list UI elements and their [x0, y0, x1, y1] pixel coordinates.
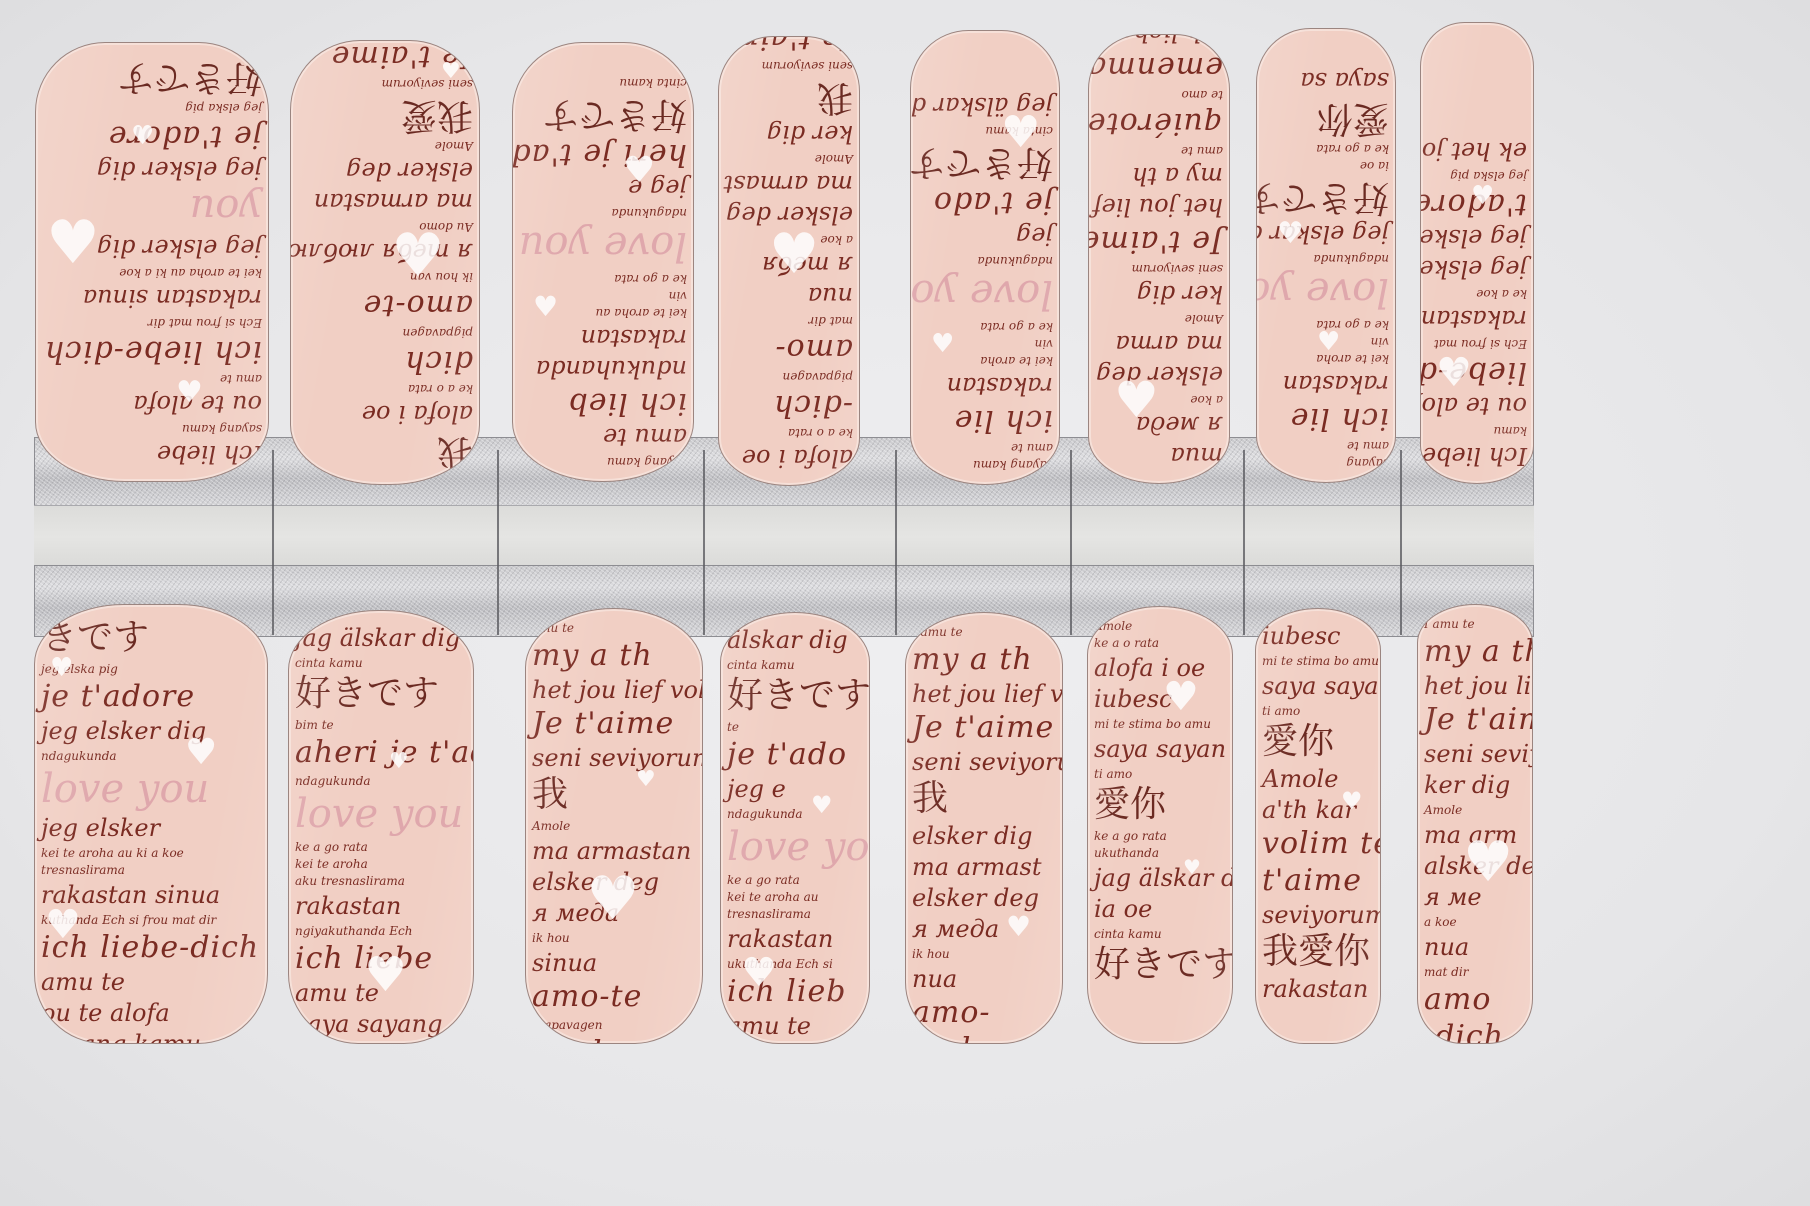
heart-icon: ♥: [131, 123, 154, 149]
script-text: ia oe: [1094, 897, 1226, 921]
nail-text-pattern: sayang kamu amu te ich lieb ndukuhanda r…: [513, 43, 693, 481]
script-text: sayang kamu: [41, 1032, 261, 1044]
script-text: saya sayan: [1094, 737, 1226, 761]
script-text: saya sayang: [295, 1012, 467, 1036]
script-text: saya sa: [1263, 69, 1389, 93]
script-text: kei te aroha au: [727, 891, 863, 903]
nail-text-pattern: I amu te my a th het jou lief Je t'aime …: [1418, 605, 1532, 1043]
heart-icon: ♥: [1277, 219, 1304, 249]
script-text: ndagukunda: [41, 750, 261, 762]
cjk-text: 我: [532, 777, 696, 813]
script-text: volim te: [1262, 829, 1374, 859]
script-text: Je t'aime: [1424, 705, 1526, 735]
script-text: sinua: [532, 951, 696, 975]
segment-divider: [1400, 450, 1402, 635]
script-text: het jou lief volim: [912, 682, 1056, 706]
script-text: rakastan: [519, 326, 687, 350]
script-text: seni seviyorum: [912, 750, 1056, 774]
cjk-text: 愛你: [1094, 787, 1226, 823]
script-text: ndagukunda: [917, 255, 1053, 267]
cjk-text: 好きです: [295, 676, 467, 712]
script-text: ndukuhanda: [519, 357, 687, 381]
script-text: amu te: [1263, 440, 1389, 452]
heart-icon: ♥: [1471, 183, 1494, 209]
script-text: sayang kamu: [917, 459, 1053, 471]
script-text: alofa i oe: [1094, 656, 1226, 680]
script-text: my a th: [912, 645, 1056, 675]
heart-icon: ♥: [586, 869, 640, 929]
script-text: ma arma: [1095, 332, 1223, 356]
heart-icon: ♥: [185, 735, 217, 771]
script-text: cinta kamu: [519, 77, 687, 89]
nail-wrap-bottom-6: Amole ke a o rata alofa i oe iubesc mi t…: [1087, 606, 1233, 1044]
script-text: my a th: [1424, 637, 1526, 667]
script-text: seni seviyorum: [725, 60, 853, 72]
script-text: ke a o rata: [297, 383, 473, 395]
script-text: elsker dig: [912, 824, 1056, 848]
script-text: -dich: [1424, 1022, 1526, 1044]
script-text: nua: [1424, 935, 1526, 959]
script-text: nua: [912, 967, 1056, 991]
script-text: sayang kamu: [42, 423, 262, 435]
script-text: ndagukunda: [727, 808, 863, 820]
heart-icon: ♥: [45, 905, 81, 945]
script-text: rakastan sinua: [1427, 307, 1527, 331]
script-text: seni seviyorum: [532, 746, 696, 770]
heart-icon: ♥: [46, 213, 100, 273]
script-text: ia oe: [1263, 160, 1389, 172]
script-text: jeg elsker dig: [42, 158, 262, 182]
script-text: je t'adore: [41, 682, 261, 712]
script-text: pigpavagen: [725, 371, 853, 383]
script-text: amu te: [519, 425, 687, 449]
script-text: mi te stima bo amu: [1094, 718, 1226, 730]
script-text: dich: [912, 1035, 1056, 1044]
heart-icon: ♥: [1317, 329, 1340, 355]
script-text: het jou lief volim: [1095, 195, 1223, 219]
heart-icon: ♥: [441, 61, 461, 83]
heart-icon: ♥: [389, 751, 409, 773]
nail-text-pattern: I amu te my a th het jou lief volim Je t…: [906, 613, 1062, 1043]
nail-wrap-top-6: mua я меда a koe elsker deg ma arma Amol…: [1088, 34, 1230, 484]
nail-wrap-bottom-7: iubesc mi te stima bo amu saya sayang ti…: [1255, 608, 1381, 1044]
script-text: ndagukunda: [295, 775, 467, 787]
script-text: amu te: [42, 373, 262, 385]
nail-wrap-top-4: alofa i oe ke a o rata -dich pigpavagen …: [718, 36, 860, 486]
script-text: ke a o rata: [725, 427, 853, 439]
script-text: rakastan: [727, 927, 863, 951]
script-text: het jou lief: [1424, 674, 1526, 698]
script-text: jeg: [917, 224, 1053, 248]
script-text: я тебя люблю: [297, 240, 473, 264]
script-text: seni seviyorum: [1424, 742, 1526, 766]
script-text: Amole: [532, 820, 696, 832]
nail-wrap-bottom-4: älskar dig cinta kamu 好きです te je t'ado j…: [720, 612, 870, 1044]
script-text: emenmadeo: [1095, 52, 1223, 82]
script-text: saya sayang: [1262, 674, 1374, 698]
nail-wrap-bottom-5: I amu te my a th het jou lief volim Je t…: [905, 612, 1063, 1044]
script-text: iubesc: [1262, 624, 1374, 648]
heart-icon: ♥: [391, 226, 445, 286]
nail-text-pattern: sayang kamu amu te ich lie rakastan kei …: [911, 31, 1059, 484]
script-text: Amole: [297, 140, 473, 152]
script-text: ou te alofa: [42, 392, 262, 416]
script-text: t'aime: [1262, 866, 1374, 896]
script-text: ma armastan: [532, 839, 696, 863]
script-text: sayang kamu: [519, 456, 687, 468]
script-text: elsker deg: [912, 886, 1056, 910]
script-text: I amu te: [912, 626, 1056, 638]
script-text: jeg elsker dig: [41, 719, 261, 743]
script-text: aku tresnaslirama: [295, 875, 467, 887]
cjk-text: 我: [297, 433, 473, 469]
script-text: ich lie: [1263, 403, 1389, 433]
script-text: я меда: [912, 917, 1056, 941]
script-text: Amole: [725, 153, 853, 165]
script-text: amo-: [912, 998, 1056, 1028]
heart-icon: ♥: [1006, 913, 1031, 941]
script-text: my a th: [532, 641, 696, 671]
heart-icon: ♥: [533, 293, 558, 321]
script-text: ich liebe: [1095, 34, 1223, 45]
cjk-text: 我愛你: [1262, 934, 1374, 970]
script-text: jag älskar dig: [1094, 866, 1226, 890]
script-text: sayang: [1263, 457, 1389, 469]
heart-icon: ♥: [623, 153, 655, 189]
script-text: rakastan sinua: [42, 286, 262, 310]
nail-wrap-top-7: sayang amu te ich lie rakastan kei te ar…: [1256, 28, 1396, 483]
script-text: ker dig: [1424, 773, 1526, 797]
heart-icon: ♥: [1183, 857, 1201, 877]
script-text: ek het jou: [1427, 139, 1527, 163]
heart-icon: ♥: [1436, 353, 1472, 393]
segment-divider: [895, 450, 897, 635]
script-text: jeg elsker: [1427, 257, 1527, 281]
heart-icon: ♥: [1001, 111, 1040, 155]
script-text: ich liebe-dich: [42, 336, 262, 366]
script-text: a koe: [1424, 916, 1526, 928]
nail-text-pattern: sayang amu te ich lie rakastan kei te ar…: [1257, 29, 1395, 482]
script-text: Amole: [1424, 804, 1526, 816]
script-text: Je t'aime: [532, 709, 696, 739]
script-text: Je t'aime: [725, 36, 853, 53]
script-text: amo-te: [297, 290, 473, 320]
script-text: ke a go rata: [295, 841, 467, 853]
script-text: mat dir: [1424, 966, 1526, 978]
segment-divider: [497, 450, 499, 635]
nail-wrap-bottom-1: きです jeg elska pig je t'adore jeg elsker …: [34, 604, 268, 1044]
script-text: ma armastan: [297, 190, 473, 214]
script-text: rakastan: [917, 374, 1053, 398]
script-text: jag älskar dig: [295, 626, 467, 650]
script-text: ukuthanda: [1094, 847, 1226, 859]
script-text: Je t'aime: [1095, 226, 1223, 256]
script-text: ke a o rata: [1094, 637, 1226, 649]
script-text: ke a koe: [1427, 288, 1527, 300]
script-text: het jou lief volim: [532, 678, 696, 702]
script-text: te: [727, 721, 863, 733]
script-text: cinta kamu: [295, 657, 467, 669]
cjk-text: 愛你: [1263, 100, 1389, 136]
heart-icon: ♥: [636, 769, 656, 791]
script-text: seviyorum ti amo: [1262, 903, 1374, 927]
script-text: my a th: [1095, 164, 1223, 188]
script-text: Ich liebe: [1427, 444, 1527, 468]
cjk-text: 我: [725, 79, 853, 115]
script-text: aheri je t'adore: [295, 738, 467, 768]
script-text: Amole: [1094, 620, 1226, 632]
script-text: ke a go rata: [519, 273, 687, 285]
heart-icon: ♥: [176, 378, 203, 408]
nail-text-pattern: 我 alofa i oe ke a o rata dich pigpavagen…: [291, 41, 479, 484]
script-text: Ich liebe: [42, 442, 262, 466]
product-photo: Ich liebe sayang kamu ou te alofa amu te…: [0, 0, 1810, 1206]
script-text: nua: [725, 284, 853, 308]
script-text: kamu: [1427, 425, 1527, 437]
script-text: Ech si frou mat dir: [42, 317, 262, 329]
script-text: mua: [1095, 444, 1223, 468]
nail-text-pattern: iubesc mi te stima bo amu saya sayang ti…: [1256, 609, 1380, 1043]
cjk-text: 好きです: [42, 59, 262, 95]
script-text: jeg elska pig: [42, 102, 262, 114]
script-text: tresnaslirama: [41, 864, 261, 876]
cjk-text: 好きです: [1263, 179, 1389, 215]
cjk-text: 好きです: [519, 96, 687, 132]
script-text: mi te stima bo amu: [1262, 655, 1374, 667]
heart-icon: ♥: [769, 227, 819, 283]
script-text: tresnaslirama: [727, 908, 863, 920]
script-text: ik hou van: [297, 271, 473, 283]
script-text: amu te: [1095, 145, 1223, 157]
script-text: älskar dig: [727, 628, 863, 652]
cjk-text: 我: [912, 781, 1056, 817]
script-text: je t'ado: [917, 187, 1053, 217]
script-text: bim te: [295, 719, 467, 731]
script-text: ti amo: [1094, 768, 1226, 780]
faint-script-text: love you: [295, 794, 467, 834]
script-text: seni seviyorum: [1095, 263, 1223, 275]
script-text: -dich: [725, 390, 853, 420]
heart-icon: ♥: [1463, 835, 1513, 891]
cjk-text: 好きです: [727, 678, 863, 714]
script-text: ngiyakuthanda Ech: [295, 925, 467, 937]
script-text: ma armast: [912, 855, 1056, 879]
script-text: alofa i oe: [725, 446, 853, 470]
script-text: rakastan: [1263, 372, 1389, 396]
script-text: quiérote: [1095, 108, 1223, 138]
script-text: amu te: [41, 970, 261, 994]
cjk-text: きです: [41, 620, 261, 656]
script-text: amu te: [532, 622, 696, 634]
script-text: ou te alofa: [41, 1001, 261, 1025]
script-text: jeg elsker: [41, 816, 261, 840]
script-text: Je t'aime: [912, 713, 1056, 743]
script-text: amo: [1424, 985, 1526, 1015]
nail-wrap-bottom-3: amu te my a th het jou lief volim Je t'a…: [525, 608, 703, 1044]
script-text: pigpavagen: [297, 327, 473, 339]
script-text: dich: [297, 346, 473, 376]
script-text: rakastan: [295, 894, 467, 918]
script-text: ke a go rata: [1263, 143, 1389, 155]
script-text: ker dig: [725, 122, 853, 146]
script-text: jeg elska pig: [41, 663, 261, 675]
script-text: ke a go rata: [1094, 830, 1226, 842]
script-text: Ech si frou mat: [1427, 338, 1527, 350]
script-text: ich lieb: [519, 388, 687, 418]
faint-script-text: love you: [727, 827, 863, 867]
script-text: ou te alofa: [1427, 394, 1527, 418]
segment-divider: [703, 450, 705, 635]
script-text: elsker deg: [297, 159, 473, 183]
script-text: jeg e: [519, 176, 687, 200]
nail-text-pattern: Amole ke a o rata alofa i oe iubesc mi t…: [1088, 607, 1232, 1043]
script-text: amu te: [917, 442, 1053, 454]
script-text: Au domo: [297, 221, 473, 233]
nail-wrap-top-8: Ich liebe kamu ou te alofa liebe-d Ech s…: [1420, 22, 1534, 484]
script-text: amo-: [725, 334, 853, 364]
clear-film-band: [34, 505, 1534, 569]
script-text: cinta kamu: [727, 659, 863, 671]
heart-icon: ♥: [1163, 677, 1199, 717]
script-text: alofa i oe: [297, 402, 473, 426]
script-text: jeg e: [727, 777, 863, 801]
segment-divider: [272, 450, 274, 635]
segment-divider: [1070, 450, 1072, 635]
cjk-text: 愛你: [1262, 724, 1374, 760]
segment-divider: [1243, 450, 1245, 635]
script-text: ik hou: [912, 948, 1056, 960]
heart-icon: ♥: [811, 793, 833, 817]
script-text: te amo: [1095, 89, 1223, 101]
heart-icon: ♥: [364, 951, 407, 999]
script-text: mat dir: [725, 315, 853, 327]
script-text: Amole: [1095, 313, 1223, 325]
script-text: ke a go rata: [727, 874, 863, 886]
script-text: iubesc: [1094, 687, 1226, 711]
script-text: amo-te: [532, 982, 696, 1012]
nail-wrap-top-1: Ich liebe sayang kamu ou te alofa amu te…: [35, 42, 269, 482]
script-text: I amu te: [1424, 618, 1526, 630]
script-text: heri je t'adore: [519, 139, 687, 169]
heart-icon: ♥: [1341, 789, 1363, 813]
script-text: ndagukunda: [1263, 253, 1389, 265]
script-text: rakastan: [1262, 977, 1374, 1001]
script-text: pigpavagen: [532, 1019, 696, 1031]
script-text: ndagukunda: [519, 207, 687, 219]
faint-script-text: love you: [519, 226, 687, 266]
faint-script-text: love you: [41, 769, 261, 809]
nail-wrap-bottom-2: jag älskar dig cinta kamu 好きです bim te ah…: [288, 610, 474, 1044]
nail-wrap-top-5: sayang kamu amu te ich lie rakastan kei …: [910, 30, 1060, 485]
script-text: amu te: [727, 1014, 863, 1038]
cjk-text: 好きです: [1094, 947, 1226, 983]
script-text: cinta kamu: [1094, 928, 1226, 940]
nail-wrap-top-2: 我 alofa i oe ke a o rata dich pigpavagen…: [290, 40, 480, 485]
heart-icon: ♥: [50, 655, 73, 681]
heart-icon: ♥: [1114, 375, 1159, 425]
script-text: ti amo: [1262, 705, 1374, 717]
script-text: ich lie: [917, 405, 1053, 435]
faint-script-text: love you: [1263, 272, 1389, 312]
nail-text-pattern: mua я меда a koe elsker deg ma arma Amol…: [1089, 35, 1229, 483]
faint-script-text: love you: [917, 274, 1053, 314]
cjk-text: 我愛: [297, 97, 473, 133]
script-text: je t'ado: [727, 740, 863, 770]
script-text: jeg elsker dig: [1427, 226, 1527, 250]
heart-icon: ♥: [931, 331, 954, 357]
script-text: kei te aroha au ki a koe: [41, 847, 261, 859]
heart-icon: ♥: [741, 953, 777, 993]
script-text: ker dig: [1095, 282, 1223, 306]
nail-wrap-bottom-8: I amu te my a th het jou lief Je t'aime …: [1417, 604, 1533, 1044]
nail-text-pattern: Ich liebe kamu ou te alofa liebe-d Ech s…: [1421, 23, 1533, 483]
script-text: ma armast: [725, 172, 853, 196]
script-text: kei te aroha: [295, 858, 467, 870]
nail-wrap-top-3: sayang kamu amu te ich lieb ndukuhanda r…: [512, 42, 694, 482]
nail-text-pattern: amu te my a th het jou lief volim Je t'a…: [526, 609, 702, 1043]
